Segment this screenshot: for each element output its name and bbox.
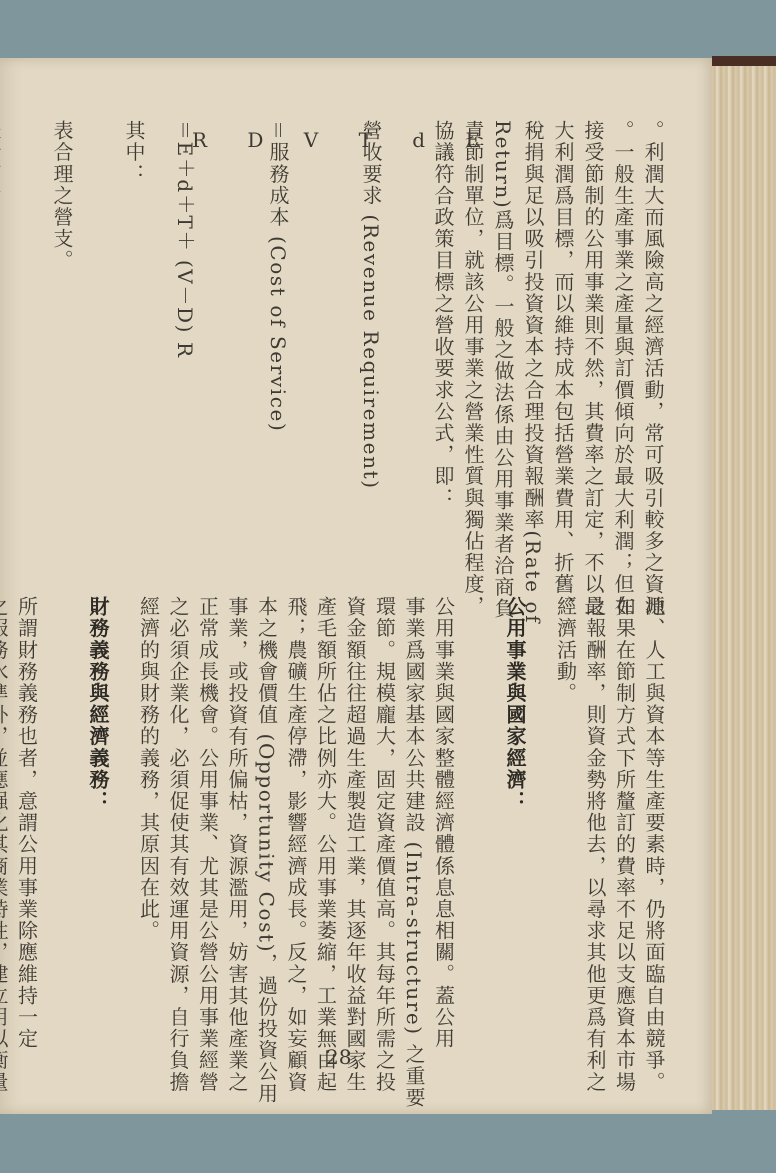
text-column: 接受節制的公用事業則不然，其費率之訂定，不以最 [578,120,608,590]
text-column: 。一般生產事業之產量與訂價傾向於最大利潤；但在 [608,120,638,590]
upper-text-block: 。利潤大而風險高之經濟活動，常可吸引較多之資源 。一般生產事業之產量與訂價傾向於… [0,120,668,590]
text-column: 責節制單位，就該公用事業之營業性質與獨佔程度， [458,120,488,590]
text-column: 本之機會價值 (Opportunity Cost)，過份投資公用 [251,596,281,1036]
text-column: Return)爲目標。一般之做法係由公用事業者洽商負 [488,120,518,590]
text-column: 經濟活動。 [550,596,580,1036]
section-heading-financial-and-economic-obligations: 財務義務與經濟義務： [83,596,134,1036]
text-column: 事業，或投資有所偏枯，資源濫用，妨害其他產業之 [222,596,252,1036]
text-column: 正常成長機會。公用事業、尤其是公營公用事業經營 [192,596,222,1036]
where-label: 其中： [119,120,170,590]
text-column: 飛；農礦生產停滯，影響經濟成長。反之，如妄顧資 [281,596,311,1036]
book-cover-edge [712,56,776,66]
lower-text-block: 地、人工與資本等生產要素時，仍將面臨自由競爭。 如果在節制方式下所釐訂的費率不足… [0,596,668,1036]
text-column: 環節。規模龐大，固定資產價值高。其每年所需之投 [369,596,399,1036]
text-column: 產毛額所佔之比例亦大。公用事業萎縮，工業無由起 [310,596,340,1036]
definition: 表合理之營支。 [47,120,119,590]
page-number: 28 [326,1045,351,1069]
text-column: 。利潤大而風險高之經濟活動，常可吸引較多之資源 [638,120,668,590]
variable-letters-row: R D V T d E [192,128,497,152]
text-column: 如果在節制方式下所釐訂的費率不足以支應資本市場 [609,596,639,1036]
formula-line: 營收要求 (Revenue Requirement) [356,120,428,590]
text-column: 事業爲國家基本公共建設 (Intra-structure) 之重要 [399,596,429,1036]
text-column: 稅捐與足以吸引投資資本之合理投資報酬率(Rate of [518,120,548,590]
text-column: 之服務水準外，並應强化其商業特性，建立用以衡量 [0,596,11,1036]
definition: 表折舊費用。 [0,120,47,590]
formula-line: ＝服務成本 (Cost of Service) [263,120,356,590]
text-column: 協議符合政策目標之營收要求公式，即： [428,120,458,590]
text-column: 所謂財務義務也者，意謂公用事業除應維持一定 [11,596,83,1036]
text-column: 資金額往往超過生產製造工業，其逐年收益對國家生 [340,596,370,1036]
formula-line: ＝E＋d＋T＋ (V－D) R [170,120,263,590]
section-heading-public-utility-and-economy: 公用事業與國家經濟： [500,596,551,1036]
text-column: 地、人工與資本等生產要素時，仍將面臨自由競爭。 [639,596,669,1036]
text-column: 之報酬率，則資金勢將他去，以尋求其他更爲有利之 [580,596,610,1036]
text-column: 公用事業與國家整體經濟體係息息相關。蓋公用 [428,596,500,1036]
text-column: 經濟的與財務的義務，其原因在此。 [133,596,163,1036]
text-column: 之必須企業化，必須促使其有效運用資源，自行負擔 [163,596,193,1036]
text-column: 大利潤爲目標，而以維持成本包括營業費用、折舊、 [548,120,578,590]
